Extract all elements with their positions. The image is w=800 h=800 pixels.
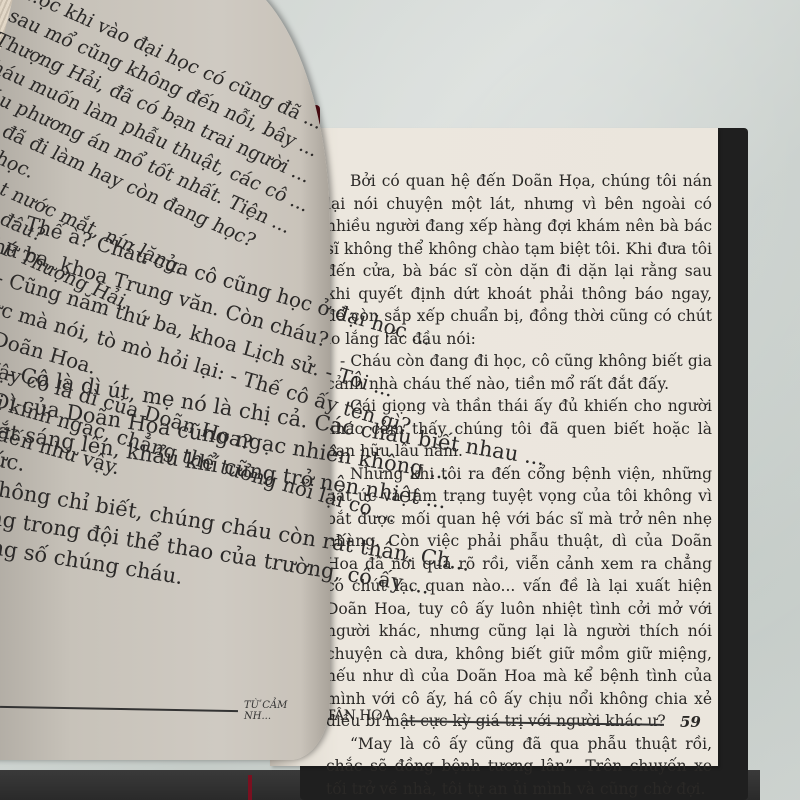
right-page-footer: LƯ TÂN HOA 59	[302, 708, 702, 732]
footer-rule	[0, 706, 238, 712]
footer-rule	[402, 720, 664, 725]
paragraph-quote: “May là cô ấy cũng đã qua phẫu thuật rồi…	[326, 733, 712, 800]
running-header: TỪ CẢM NH...	[244, 700, 300, 722]
left-page-footer: TỪ CẢM NH...	[0, 700, 300, 720]
ribbon-bookmark	[248, 775, 252, 800]
photo-scene: Bởi có quan hệ đến Doãn Họa, chúng tôi n…	[0, 0, 800, 800]
left-page: ...ọc khi vào đại học có cũng đã ... sau…	[0, 0, 330, 760]
page-number: 59	[680, 713, 701, 731]
